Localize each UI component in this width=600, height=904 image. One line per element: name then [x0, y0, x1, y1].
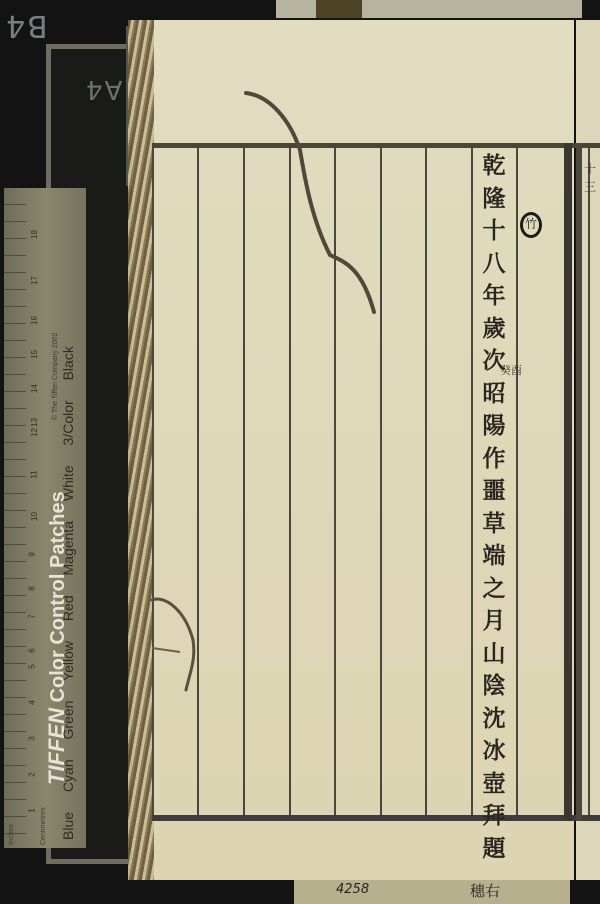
catalog-characters: 穗右 — [470, 880, 500, 901]
cm-mark: 15 — [30, 350, 39, 359]
ruler-patch-labels: Blue Cyan Green Yellow Red Magenta White… — [60, 346, 76, 840]
ruler-copyright: © The Tiffen Company 2002 — [52, 333, 59, 420]
paper-crack-marks — [0, 0, 600, 904]
ruler-tick-marks — [4, 188, 26, 848]
cm-mark: 14 — [30, 384, 39, 393]
ruler-units-in: Inches — [8, 824, 15, 845]
cm-mark: 9 — [28, 552, 37, 556]
cm-mark: 2 — [28, 772, 37, 776]
cm-mark: 16 — [30, 316, 39, 325]
cm-mark: 18 — [30, 230, 39, 239]
cm-mark: 5 — [28, 664, 37, 668]
cm-mark: 6 — [28, 648, 37, 652]
patch-label: Green — [60, 701, 76, 740]
cm-mark: 3 — [28, 736, 37, 740]
patch-label: Magenta — [60, 521, 76, 575]
cm-mark: 10 — [30, 512, 39, 521]
patch-label: Yellow — [60, 641, 76, 681]
patch-label: Cyan — [60, 759, 76, 792]
catalog-number: 4258 — [336, 882, 369, 897]
cm-mark: 4 — [28, 700, 37, 704]
ruler-units-cm: Centimetres — [40, 807, 47, 845]
cm-mark: 17 — [30, 276, 39, 285]
cm-mark: 13 — [30, 418, 39, 427]
patch-label: White — [60, 465, 76, 501]
cm-mark: 8 — [28, 586, 37, 590]
cm-mark: 7 — [28, 614, 37, 618]
patch-label: 3/Color — [60, 400, 76, 445]
patch-label: Red — [60, 595, 76, 621]
cm-mark: 12 — [30, 428, 39, 437]
cm-mark: 11 — [30, 470, 39, 478]
cm-mark: 1 — [28, 808, 37, 812]
patch-label: Black — [60, 346, 76, 380]
patch-label: Blue — [60, 812, 76, 840]
